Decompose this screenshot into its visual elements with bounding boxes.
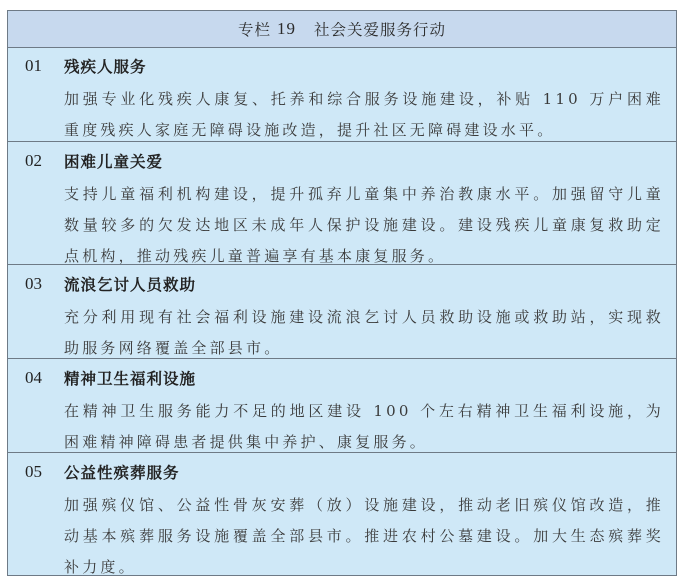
section-title: 流浪乞讨人员救助 [64, 273, 196, 295]
section-body: 充分利用现有社会福利设施建设流浪乞讨人员救助设施或救助站，实现救助服务网络覆盖全… [64, 302, 664, 364]
section-05: 05 公益性殡葬服务 加强殡仪馆、公益性骨灰安葬（放）设施建设，推动老旧殡仪馆改… [8, 452, 676, 575]
header-title: 社会关爱服务行动 [314, 18, 446, 40]
section-number: 04 [25, 368, 42, 388]
header-number: 19 [277, 19, 296, 39]
section-body: 在精神卫生服务能力不足的地区建设 100 个左右精神卫生福利设施，为困难精神障碍… [64, 396, 664, 458]
section-number: 05 [25, 462, 42, 482]
section-body: 加强殡仪馆、公益性骨灰安葬（放）设施建设，推动老旧殡仪馆改造，推动基本殡葬服务设… [64, 490, 664, 583]
section-body: 支持儿童福利机构建设，提升孤弃儿童集中养治教康水平。加强留守儿童数量较多的欠发达… [64, 179, 664, 272]
section-03: 03 流浪乞讨人员救助 充分利用现有社会福利设施建设流浪乞讨人员救助设施或救助站… [8, 264, 676, 359]
section-title: 困难儿童关爱 [64, 150, 163, 172]
section-number: 03 [25, 274, 42, 294]
section-title: 精神卫生福利设施 [64, 367, 196, 389]
section-number: 01 [25, 56, 42, 76]
section-title: 公益性殡葬服务 [64, 461, 180, 483]
header-label: 专栏 [238, 18, 271, 40]
section-02: 02 困难儿童关爱 支持儿童福利机构建设，提升孤弃儿童集中养治教康水平。加强留守… [8, 141, 676, 265]
section-01: 01 残疾人服务 加强专业化残疾人康复、托养和综合服务设施建设，补贴 110 万… [8, 47, 676, 142]
section-title: 残疾人服务 [64, 55, 147, 77]
box-header: 专栏 19 社会关爱服务行动 [8, 11, 676, 48]
section-body: 加强专业化残疾人康复、托养和综合服务设施建设，补贴 110 万户困难重度残疾人家… [64, 84, 664, 146]
section-number: 02 [25, 151, 42, 171]
feature-box: 专栏 19 社会关爱服务行动 01 残疾人服务 加强专业化残疾人康复、托养和综合… [7, 10, 677, 576]
section-04: 04 精神卫生福利设施 在精神卫生服务能力不足的地区建设 100 个左右精神卫生… [8, 358, 676, 453]
